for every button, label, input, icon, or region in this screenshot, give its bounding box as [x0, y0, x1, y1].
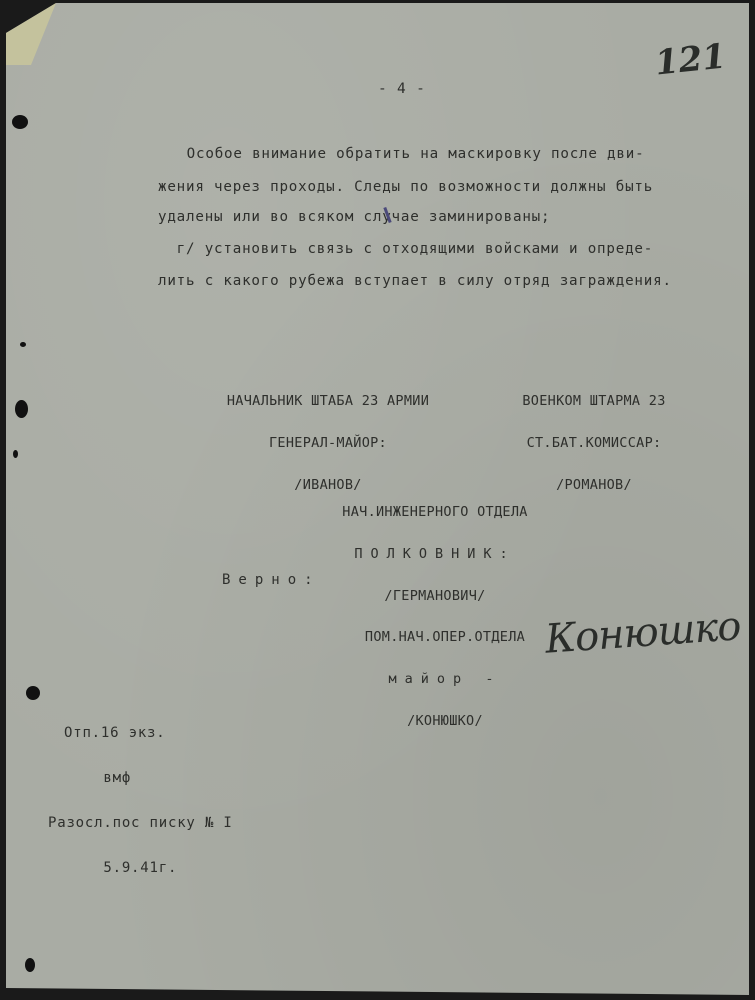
body-line: удалены или во всяком случае заминирован…: [158, 210, 550, 224]
page-number: - 4 -: [378, 82, 426, 97]
punch-hole: [25, 958, 35, 972]
signature-block-ops-assistant: ПОМ.НАЧ.ОПЕР.ОТДЕЛА майор - /КОНЮШКО/: [330, 602, 560, 742]
certified-label: Верно:: [222, 573, 321, 587]
punch-hole: [12, 115, 28, 129]
body-line: Особое внимание обратить на маскировку п…: [168, 147, 644, 161]
signatory-rank: СТ.БАТ.КОМИССАР:: [494, 436, 694, 450]
signature-block-engineer-chief: НАЧ.ИНЖЕНЕРНОГО ОТДЕЛА ПОЛКОВНИК: /ГЕРМА…: [300, 477, 570, 617]
signatory-rank: ПОЛКОВНИК:: [300, 547, 570, 561]
signatory-name: /ГЕРМАНОВИЧ/: [300, 589, 570, 603]
distribution-line: вмф: [48, 771, 233, 786]
body-line: г/ установить связь с отходящими войскам…: [158, 242, 653, 256]
signatory-rank: майор -: [330, 672, 560, 686]
signatory-name: /КОНЮШКО/: [330, 714, 560, 728]
signatory-title: НАЧАЛЬНИК ШТАБА 23 АРМИИ: [198, 394, 458, 408]
distribution-line: Разосл.пос писку № I: [48, 816, 233, 831]
signatory-title: НАЧ.ИНЖЕНЕРНОГО ОТДЕЛА: [300, 505, 570, 519]
body-line: лить с какого рубежа вступает в силу отр…: [158, 274, 672, 288]
punch-hole: [15, 400, 28, 418]
distribution-line: Отп.16 экз.: [48, 726, 233, 741]
signatory-title: ВОЕНКОМ ШТАРМА 23: [494, 394, 694, 408]
punch-hole: [26, 686, 40, 700]
punch-hole: [20, 342, 26, 347]
distribution-note: Отп.16 экз. вмф Разосл.пос писку № I 5.9…: [48, 696, 233, 891]
body-line: жения через проходы. Следы по возможност…: [158, 180, 653, 194]
signatory-rank: ГЕНЕРАЛ-МАЙОР:: [198, 436, 458, 450]
distribution-line: 5.9.41г.: [48, 861, 233, 876]
punch-hole: [13, 450, 18, 458]
folio-number: 121: [653, 36, 728, 83]
signatory-title: ПОМ.НАЧ.ОПЕР.ОТДЕЛА: [330, 630, 560, 644]
